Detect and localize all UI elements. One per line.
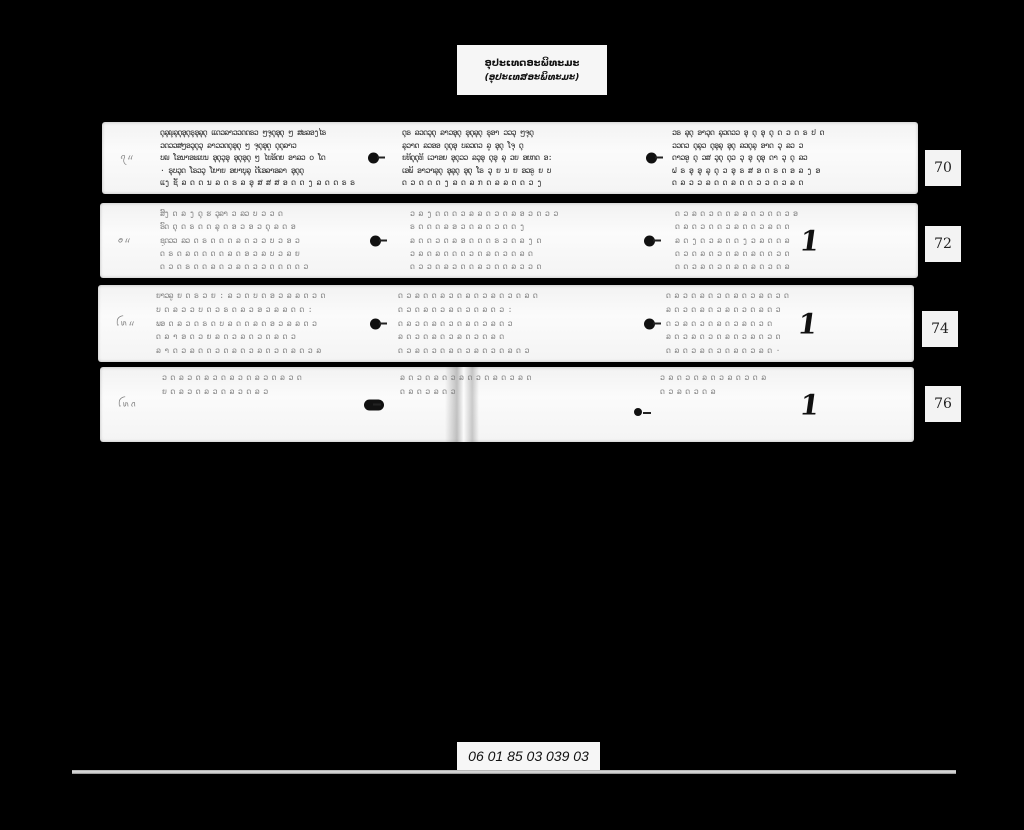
text-line: ຝ ຣ ອຸ ອຸ ລຸ ດຸ ວ ອຸ ຣ ສ ອ ດ ຣ ດ ອ ລ ງ ອ (672, 166, 872, 176)
text-line: ດ ວ ລ ດ ວ ດ ລ (660, 387, 860, 397)
text-line: ວ ລ ດ ວ ດ ລ ດ ວ ລ ດ ວ ດ ລ (660, 373, 860, 383)
page-label-74: 74 (922, 311, 958, 347)
leaf-text-middle: ດ ວ ລ ດ ດ ລ ວ ດ ລ ດ ວ ລ ດ ວ ດ ລ ດ ດ ວ ດ … (398, 291, 628, 356)
text-line: ດ ວ ລ ດ ດ ລ ວ ດ ລ ດ ວ ລ ດ ວ ດ ລ ດ (398, 291, 628, 301)
text-line: ວ ດ ລ ວ ດ ລ ວ ດ ລ ວ ດ ລ ວ ດ ລ ວ ດ (162, 373, 362, 383)
leaf-text-left: ສົງ ດ ລ ງ ດຸ ຮ ວຸລາ ວ ລວ ບ ວ ວ ດ ຣົດ ດຸ … (160, 209, 360, 272)
binding-hole (370, 318, 381, 329)
manuscript-title: ອຸປະເທດອະພິທະມະ (485, 58, 580, 69)
text-line: ວວດວ ດຸລຸວ ດຸອຸລຸ ອຸດຸ ລວດຸລຸ ອາດ ວຸ ລວ … (672, 141, 872, 151)
text-line: · ຣຸບວຸດ ໂຣວວຸ ໂຍາຍ ອຍາບຸລຸ ດີເອລາອລາ ອຸ… (160, 166, 415, 176)
palm-leaf-3: ꪶꪬꪵ ຍາວລູ ຍ ດ ຣ ວ ຍ : ລ ວ ດ ບ ດ ອ ວ ລ ລ … (98, 285, 914, 362)
page-label-76: 76 (925, 386, 961, 422)
text-line: ດ ຣ ດ ລ ດ ດ ດ ດ ລ ດ ອ ວ ລ ບ ວ ລ ຍ (160, 249, 360, 259)
leaf-text-left: ວ ດ ລ ວ ດ ລ ວ ດ ລ ວ ດ ລ ວ ດ ລ ວ ດ ຍ ດ ລ … (162, 373, 362, 397)
leaf-side-numeral: ꪖꪵ (120, 150, 134, 167)
manuscript-subtitle: (ອຸປະເທສອະພິທະມະ) (485, 73, 580, 83)
text-line: ດາວອູ ດຸ ວສ ວຸດຸ ດຸວ ວຸ ອຸ ດຸອຸ ດາ ວຸ ດຸ… (672, 153, 872, 163)
text-line: ລ ດ ວ ດ ລ ດ ວ ລ ດ ວ ດ ລ ດ ວ (666, 305, 866, 315)
binding-hole (644, 318, 655, 329)
text-line: ສົງ ດ ລ ງ ດຸ ຮ ວຸລາ ວ ລວ ບ ວ ວ ດ (160, 209, 360, 219)
leaf-side-numeral: ꪮꪵ (118, 232, 132, 249)
text-line: ດຸລຸ໙ຸລຸດຸອຸດຸຣຸອຸລຸດຸ ແດວລາວວດດຣວ ໆຈຸດຸ… (160, 128, 415, 138)
text-line: ລ ດ ດ ວ ດ ລ ອ ດ ດ ດ ຣ ວ ດ ລ ງ ດ (410, 236, 630, 246)
leaf-text-middle: ວ ລ ງ ດ ດ ດ ວ ລ ລ ດ ວ ດ ລ ອ ວ ດ ວ ວ ຣ ດ … (410, 209, 630, 272)
binding-hole (644, 235, 655, 246)
text-line: ລ າ ດ ວ ລ ດ ດ ວ ດ ລ ດ ວ ລ ດ ວ ດ ລ ດ ວ ລ (156, 346, 376, 356)
text-line: ວ ລ ດ ລ ດ ດ ດ ວ ດ ລ ດ ວ ດ ລ ດ (410, 249, 630, 259)
text-line: ຊຸດວວ ລວ ດ ຣ ດ ດ ດ ລ ດ ວ ວ ບ ວ ອ ວ (160, 236, 360, 246)
text-line: ບ ດ ລ ວ ວ ບ ດ ວ ຣ ດ ລ ວ ອ ວ ລ ລ ດ ດ : (156, 305, 376, 315)
leaf-side-numeral: ꪶꪬꪵ (116, 315, 136, 332)
text-line: ດ ລ າ ອ ດ ວ ຍ ລ ດ ວ ລ ດ ວ ດ ລ ດ ວ (156, 332, 376, 342)
text-line: ແງ ຊັ ລ ດ ດ ນ ລ ດ ຣ ລ ອຸ ສ ສ ສ ອ ດ ດ ງ ລ… (160, 178, 415, 188)
text-line: ດຸຣ ລວດວຸດຸ ລາວອຸດຸ ອຸດຸລຸດຸ ຣຸອາ ວວວຸ ໆ… (402, 128, 632, 138)
leaf-text-right: ດ ວ ລ ດ ວ ດ ດ ລ ລ ດ ວ ດ ດ ວ ອ ດ ລ ດ ວ ດ … (675, 209, 875, 272)
text-line: ຍາວລູ ຍ ດ ຣ ວ ຍ : ລ ວ ດ ບ ດ ອ ວ ລ ລ ດ ວ … (156, 291, 376, 301)
page-label-72: 72 (925, 226, 961, 262)
text-line: ເອພິ ອາວາລຸດຸ ອຸລຸດຸ ອຸດຸ ໂຣ ວຸ ຍ ນ ຍ ອວ… (402, 166, 632, 176)
text-line: ດ ລ ດ ວ ລ ດ ວ ດ ລ ດ ວ ລ ດ · (666, 346, 866, 356)
binding-hole (646, 153, 657, 164)
text-line: ລ ດ ວ ດ ລ ດ ວ ລ ດ ວ ດ ລ ດ ວ ລ ດ (400, 373, 630, 383)
leaf-text-middle: ດຸຣ ລວດວຸດຸ ລາວອຸດຸ ອຸດຸລຸດຸ ຣຸອາ ວວວຸ ໆ… (402, 128, 632, 188)
leaf-text-middle: ລ ດ ວ ດ ລ ດ ວ ລ ດ ວ ດ ລ ດ ວ ລ ດ ດ ລ ດ ວ … (400, 373, 630, 397)
text-line: ລ ດ ງ ດ ວ ລ ດ ດ ງ ວ ລ ດ ດ ລ (675, 236, 875, 246)
leaf-text-right: ວ ລ ດ ວ ດ ລ ດ ວ ລ ດ ວ ດ ລ ດ ວ ລ ດ ວ ດ ລ (660, 373, 860, 397)
palm-leaf-1: ꪖꪵ ດຸລຸ໙ຸລຸດຸອຸດຸຣຸອຸລຸດຸ ແດວລາວວດດຣວ ໆຈ… (102, 122, 918, 194)
text-line: ດ ລ ວ ດ ລ ດ ວ ດ ລ ດ ວ ລ ດ ວ ດ (666, 291, 866, 301)
text-line: ດ ວ ດ ລ ດ ວ ລ ດ ວ ດ ລ ດ ວ : (398, 305, 628, 315)
leaf-text-right: ດ ລ ວ ດ ລ ດ ວ ດ ລ ດ ວ ລ ດ ວ ດ ລ ດ ວ ດ ລ … (666, 291, 866, 356)
text-line: ດ ດ ວ ລ ດ ວ ດ ລ ດ ລ ດ ວ ດ ລ (675, 262, 875, 272)
text-line: ດ ລ ວ ວ ລ ດ ດ ລ ດ ດ ວ ວ ດ ວ ລ ດ (672, 178, 872, 188)
page-label-70: 70 (925, 150, 961, 186)
binding-hole (370, 235, 381, 246)
text-line: ດ ລ ດ ວ ດ ດ ວ ລ ດ ດ ວ ລ ດ ດ (675, 222, 875, 232)
film-baseline (72, 770, 956, 774)
text-line: ດ ວ ດ ດ ດ ງ ລ ດ ລ ກ ດ ລ ລ ດ ດ ວ ງ (402, 178, 632, 188)
folio-mark: 1 (798, 388, 822, 421)
leaf-side-numeral: ꪶꪬꪒ (118, 396, 138, 413)
text-line: ຣ ດ ດ ດ ລ ອ ວ ດ ລ ດ ວ ດ ດ ງ (410, 222, 630, 232)
leaf-text-left: ຍາວລູ ຍ ດ ຣ ວ ຍ : ລ ວ ດ ບ ດ ອ ວ ລ ລ ດ ວ … (156, 291, 376, 356)
reference-code: 06 01 85 03 039 03 (457, 742, 600, 770)
title-card: ອຸປະເທດອະພິທະມະ (ອຸປະເທສອະພິທະມະ) (457, 45, 607, 95)
text-line: ຍທິດຸດຸທິ ເວາອຍ ອຸດຸວວ ລວຸອຸ ດຸອຸ ລຸ ວຍ … (402, 153, 632, 163)
palm-leaf-2: ꪮꪵ ສົງ ດ ລ ງ ດຸ ຮ ວຸລາ ວ ລວ ບ ວ ວ ດ ຣົດ … (100, 203, 918, 278)
text-line: ວຣ ລຸດຸ ອາວຸດ ລຸວດວວ ອຸ ດຸ ອຸ ດຸ ດ ວ ດ ຣ… (672, 128, 872, 138)
text-line: ວ ລ ງ ດ ດ ດ ວ ລ ລ ດ ວ ດ ລ ອ ວ ດ ວ ວ (410, 209, 630, 219)
text-line: ຍ ດ ລ ວ ດ ລ ວ ດ ລ ວ ດ ລ ວ (162, 387, 362, 397)
text-line: ດ ລ ດ ວ ລ ດ ວ (400, 387, 630, 397)
binding-hole (634, 408, 642, 416)
binding-hole (368, 153, 379, 164)
binding-hole (364, 399, 384, 410)
text-line: ດ ວ ລ ດ ວ ດ ດ ລ ລ ດ ວ ດ ດ ວ ອ (675, 209, 875, 219)
text-line: ຣົດ ດຸ ດ ຣ ດ ດ ລຸ ດ ອ ວ ອ ວ ດຸ ລ ດ ອ (160, 222, 360, 232)
text-line: ລ ດ ວ ລ ດ ວ ດ ລ ດ ວ ລ ດ ວ ດ (666, 332, 866, 342)
text-line: ວດວວສໆອວຸດຸວຸ ລາວວດດຸອຸດຸ ໆ ຈຸດຸອຸດູ ດຸດ… (160, 141, 415, 151)
text-line: ລຸວາດ ລວອອ ດຸດຸອຸ ບລວດວ ລູ ອຸດຸ ໂຈຸ ດຸ (402, 141, 632, 151)
leaf-text-right: ວຣ ລຸດຸ ອາວຸດ ລຸວດວວ ອຸ ດຸ ອຸ ດຸ ດ ວ ດ ຣ… (672, 128, 872, 188)
text-line: ດ ວ ດ ລ ດ ວ ດ ລ ດ ລ ດ ດ ວ ດ (675, 249, 875, 259)
text-line: ພອ ດ ລ ວ ດ ຣ ດ ບ ລ ດ ດ ລ ດ ອ ວ ລ ລ ດ ວ (156, 319, 376, 329)
text-line: ລ ດ ວ ດ ລ ດ ວ ລ ດ ວ ດ ລ ດ (398, 332, 628, 342)
text-line: ດ ວ ວ ດ ລ ວ ດ ດ ລ ວ ດ ດ ລ ວ ວ ດ (410, 262, 630, 272)
text-line: ດ ລ ວ ດ ລ ດ ວ ດ ລ ດ ວ ລ ດ ວ (398, 319, 628, 329)
text-line: ດ ວ ລ ດ ວ ດ ລ ດ ວ ລ ດ ວ ດ (666, 319, 866, 329)
palm-leaf-4: ꪶꪬꪒ ວ ດ ລ ວ ດ ລ ວ ດ ລ ວ ດ ລ ວ ດ ລ ວ ດ ຍ … (100, 367, 914, 442)
text-line: ດ ວ ດ ຣ ດ ດ ລ ດ ວ ລ ດ ວ ວ ດ ດ ດ ດ ວ (160, 262, 360, 272)
text-line: ດ ວ ລ ດ ວ ດ ລ ດ ວ ລ ດ ວ ດ ລ ດ ວ (398, 346, 628, 356)
